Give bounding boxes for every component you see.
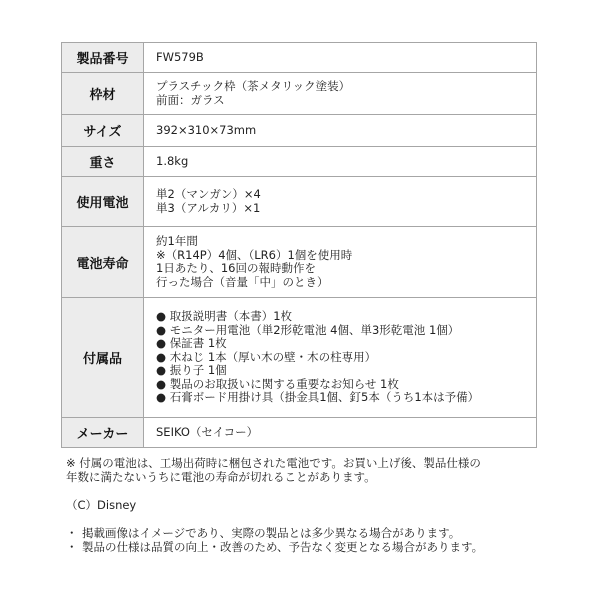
spec-row: メーカーSEIKO（セイコー）: [62, 418, 537, 448]
spec-label: 製品番号: [62, 43, 144, 73]
spec-row: 使用電池単2（マンガン）×4単3（アルカリ）×1: [62, 177, 537, 227]
spec-label: メーカー: [62, 418, 144, 448]
spec-value-line: 392×310×73mm: [156, 124, 536, 138]
notes-section: ※ 付属の電池は、工場出荷時に梱包された電池です。お買い上げ後、製品仕様の 年数…: [66, 456, 546, 554]
spec-value-line: 前面：ガラス: [156, 94, 536, 108]
spec-value-line: 約1年間: [156, 235, 536, 249]
spec-label: 枠材: [62, 73, 144, 115]
battery-note-line-1: ※ 付属の電池は、工場出荷時に梱包された電池です。お買い上げ後、製品仕様の: [66, 456, 546, 470]
spec-row: 付属品● 取扱説明書（本書）1枚● モニター用電池（単2形乾電池 4個、単3形乾…: [62, 298, 537, 418]
spec-value-line: ● 木ねじ 1本（厚い木の壁・木の柱専用）: [156, 351, 536, 365]
spec-value-line: 単2（マンガン）×4: [156, 188, 536, 202]
spec-value-line: ● 振り子 1個: [156, 364, 536, 378]
spec-value: FW579B: [144, 43, 537, 73]
spec-value-line: ※（R14P）4個、（LR6）1個を使用時: [156, 249, 536, 263]
spec-value: 約1年間※（R14P）4個、（LR6）1個を使用時1日あたり、16回の報時動作を…: [144, 227, 537, 298]
spec-value-line: FW579B: [156, 51, 536, 65]
spec-value: プラスチック枠（茶メタリック塗装）前面：ガラス: [144, 73, 537, 115]
bullet-glyph: ・: [66, 540, 82, 554]
copyright-text: （C）Disney: [66, 498, 546, 512]
product-spec-table: 製品番号FW579B枠材プラスチック枠（茶メタリック塗装）前面：ガラスサイズ39…: [61, 42, 537, 448]
disclaimer-item: ・ 製品の仕様は品質の向上・改善のため、予告なく変更となる場合があります。: [66, 540, 546, 554]
spec-value-line: ● モニター用電池（単2形乾電池 4個、単3形乾電池 1個）: [156, 324, 536, 338]
spec-row: 製品番号FW579B: [62, 43, 537, 73]
spec-value-line: 1.8kg: [156, 155, 536, 169]
spec-value: ● 取扱説明書（本書）1枚● モニター用電池（単2形乾電池 4個、単3形乾電池 …: [144, 298, 537, 418]
spec-label: 使用電池: [62, 177, 144, 227]
spec-value: 単2（マンガン）×4単3（アルカリ）×1: [144, 177, 537, 227]
spec-row: 重さ1.8kg: [62, 147, 537, 177]
spec-value-line: 単3（アルカリ）×1: [156, 202, 536, 216]
spec-value-line: 1日あたり、16回の報時動作を: [156, 262, 536, 276]
spec-value-line: ● 石膏ボード用掛け具（掛金具1個、釘5本（うち1本は予備）: [156, 391, 536, 405]
spec-value-line: 行った場合（音量「中」のとき）: [156, 276, 536, 290]
spec-value: SEIKO（セイコー）: [144, 418, 537, 448]
spec-value-line: ● 保証書 1枚: [156, 337, 536, 351]
spec-row: 電池寿命約1年間※（R14P）4個、（LR6）1個を使用時1日あたり、16回の報…: [62, 227, 537, 298]
spec-label: 付属品: [62, 298, 144, 418]
spec-value: 392×310×73mm: [144, 115, 537, 147]
spec-value: 1.8kg: [144, 147, 537, 177]
spec-label: 電池寿命: [62, 227, 144, 298]
battery-note-line-2: 年数に満たないうちに電池の寿命が切れることがあります。: [66, 470, 546, 484]
spec-value-line: SEIKO（セイコー）: [156, 426, 536, 440]
spec-value-line: ● 取扱説明書（本書）1枚: [156, 310, 536, 324]
spec-value-line: プラスチック枠（茶メタリック塗装）: [156, 80, 536, 94]
bullet-glyph: ・: [66, 526, 82, 540]
spec-row: サイズ392×310×73mm: [62, 115, 537, 147]
spec-label: サイズ: [62, 115, 144, 147]
spec-value-line: ● 製品のお取扱いに関する重要なお知らせ 1枚: [156, 378, 536, 392]
disclaimer-text: 掲載画像はイメージであり、実際の製品とは多少異なる場合があります。: [82, 526, 460, 540]
disclaimer-item: ・ 掲載画像はイメージであり、実際の製品とは多少異なる場合があります。: [66, 526, 546, 540]
disclaimer-text: 製品の仕様は品質の向上・改善のため、予告なく変更となる場合があります。: [82, 540, 483, 554]
spec-label: 重さ: [62, 147, 144, 177]
spec-row: 枠材プラスチック枠（茶メタリック塗装）前面：ガラス: [62, 73, 537, 115]
